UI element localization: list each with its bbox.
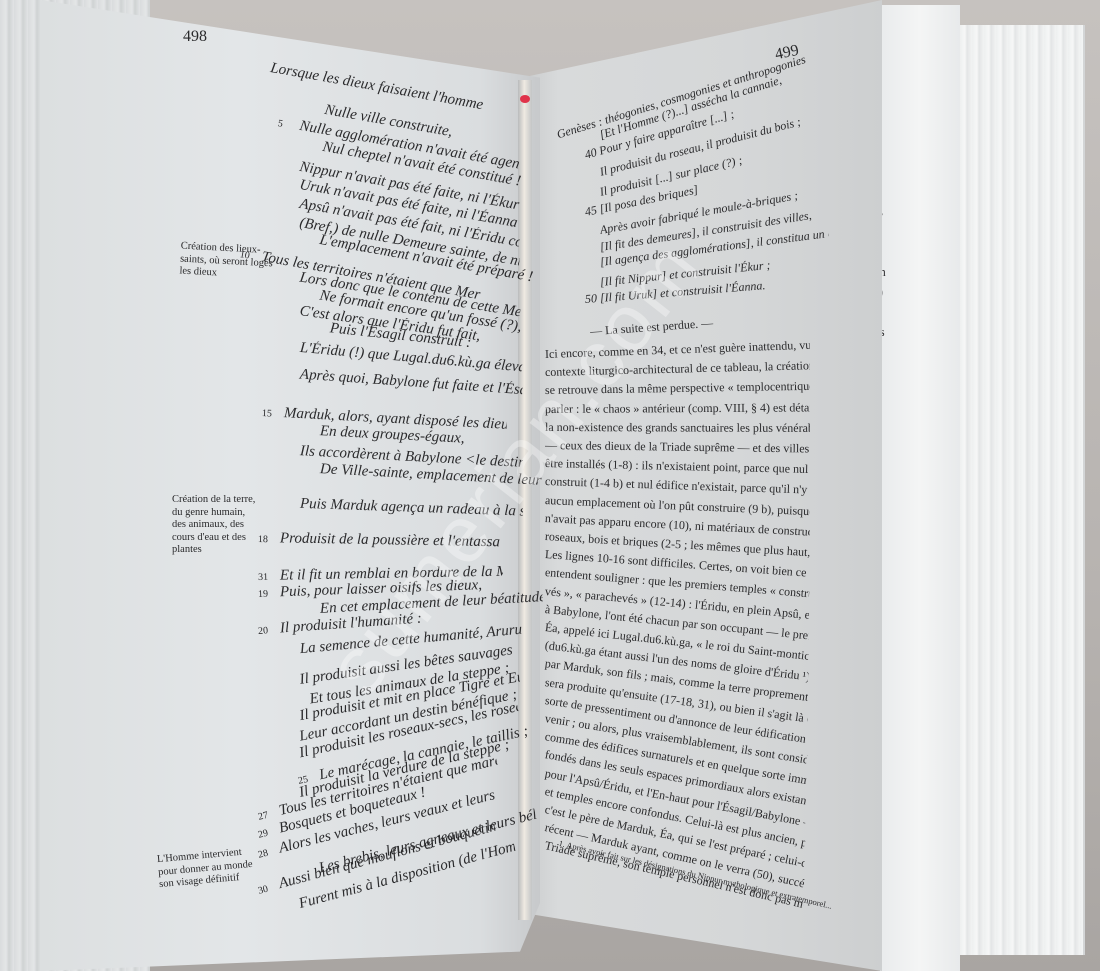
verse-number xyxy=(278,507,300,508)
verse-number: 10 xyxy=(239,249,263,264)
verse-number: 19 xyxy=(258,588,280,600)
verse-number xyxy=(279,757,301,762)
verse-number: 5 xyxy=(277,118,301,133)
verse-number xyxy=(298,613,320,614)
verse-number xyxy=(308,330,330,332)
verse-number xyxy=(277,278,299,281)
ribbon-bookmark-icon xyxy=(520,95,530,103)
verse-number: 18 xyxy=(258,534,280,545)
left-page-number: 498 xyxy=(183,28,207,46)
verse-number xyxy=(277,223,299,227)
verse-number xyxy=(278,377,300,379)
verse-number: 15 xyxy=(262,408,285,420)
verse-number xyxy=(300,147,322,151)
verse-number xyxy=(277,312,299,315)
closed-page-stack xyxy=(960,25,1085,955)
verse-number xyxy=(279,720,301,724)
verse-number xyxy=(277,204,299,208)
verse-number xyxy=(279,908,300,914)
verse-number xyxy=(297,296,319,299)
verse-number xyxy=(302,110,324,114)
verse-number: 31 xyxy=(258,572,280,583)
verse-number xyxy=(278,350,300,352)
verse-number: 20 xyxy=(258,624,281,637)
verse-number xyxy=(279,741,301,745)
verse-number xyxy=(298,472,320,473)
verse-number xyxy=(277,185,299,189)
verse-number xyxy=(278,454,300,455)
verse-number xyxy=(297,240,319,244)
verse-number xyxy=(298,434,320,435)
verse-number xyxy=(277,167,299,171)
verse-number xyxy=(278,653,300,655)
margin-note-creation-terre: Création de la terre, du genre humain, d… xyxy=(172,494,260,557)
verse-number xyxy=(279,684,301,687)
